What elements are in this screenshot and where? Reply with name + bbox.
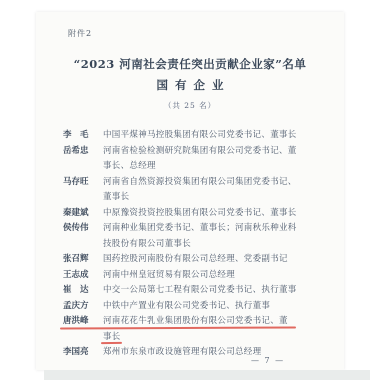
person-position: 中国平煤神马控股集团有限公司党委书记、董事长	[103, 128, 297, 144]
document-title: “2023 河南社会责任突出贡献企业家”名单	[36, 56, 344, 72]
list-entry: 李国亮 郑州市东泉市政设施管理有限公司总经理	[63, 345, 325, 361]
list-entry-highlighted: 唐洪峰 河南花花牛乳业集团股份有限公司党委书记、董 事长	[63, 314, 325, 345]
entrepreneur-list: 李 毛 中国平煤神马控股集团有限公司党委书记、董事长 岳希忠 河南省检验检测研究…	[63, 128, 325, 361]
document-subtitle: 国有企业	[36, 77, 344, 93]
person-position: 河南中州皇冠贸易有限公司总经理	[103, 268, 235, 284]
count-note: （共 25 名）	[36, 100, 344, 111]
scanned-document-page: 附件2 “2023 河南社会责任突出贡献企业家”名单 国有企业 （共 25 名）…	[36, 12, 344, 370]
list-entry: 马存旺 河南省自然资源投资集团有限公司集团党委书记、 董事长	[63, 175, 325, 206]
red-underline-annotation	[101, 342, 122, 344]
list-entry: 李 毛 中国平煤神马控股集团有限公司党委书记、董事长	[63, 128, 325, 144]
scan-edge-shadow	[44, 370, 370, 380]
page-number: — 7 —	[251, 356, 285, 365]
person-name: 侯传伟	[63, 221, 94, 252]
person-name: 马存旺	[63, 175, 94, 206]
list-entry: 张召辉 国药控股河南股份有限公司总经理、党委副书记	[63, 252, 325, 268]
person-position: 河南花花牛乳业集团股份有限公司党委书记、董 事长	[103, 314, 288, 345]
person-position: 河南种业集团党委书记、董事长；河南秋乐种业科 技股份有限公司董事长	[103, 221, 297, 252]
list-entry: 岳希忠 河南省检验检测研究院集团有限公司党委书记、董 事长、总经理	[63, 144, 325, 175]
attachment-label: 附件2	[68, 28, 92, 39]
person-position: 国药控股河南股份有限公司总经理、党委副书记	[103, 252, 288, 268]
person-position: 中交一公局第七工程有限公司党委书记、执行董事	[103, 283, 297, 299]
list-entry: 崔 达 中交一公局第七工程有限公司党委书记、执行董事	[63, 283, 325, 299]
list-entry: 孟庆方 中铁中产置业有限公司党委书记、执行董事	[63, 299, 325, 315]
list-entry: 侯传伟 河南种业集团党委书记、董事长；河南秋乐种业科 技股份有限公司董事长	[63, 221, 325, 252]
list-entry: 王志成 河南中州皇冠贸易有限公司总经理	[63, 268, 325, 284]
person-name: 李国亮	[63, 345, 94, 361]
person-name: 岳希忠	[63, 144, 94, 175]
person-name: 王志成	[63, 268, 94, 284]
person-name: 李 毛	[63, 128, 94, 144]
person-position: 中铁中产置业有限公司党委书记、执行董事	[103, 299, 270, 315]
person-name: 张召辉	[63, 252, 94, 268]
list-entry: 秦建斌 中原豫资投资控股集团有限公司党委书记、董事长	[63, 206, 325, 222]
person-name: 秦建斌	[63, 206, 94, 222]
person-name: 唐洪峰	[63, 314, 94, 345]
person-position: 河南省检验检测研究院集团有限公司党委书记、董 事长、总经理	[103, 144, 297, 175]
red-underline-annotation	[60, 326, 296, 329]
person-position: 中原豫资投资控股集团有限公司党委书记、董事长	[103, 206, 297, 222]
person-name: 崔 达	[63, 283, 94, 299]
person-position: 河南省自然资源投资集团有限公司集团党委书记、 董事长	[103, 175, 297, 206]
person-name: 孟庆方	[63, 299, 94, 315]
person-position: 郑州市东泉市政设施管理有限公司总经理	[103, 345, 261, 361]
